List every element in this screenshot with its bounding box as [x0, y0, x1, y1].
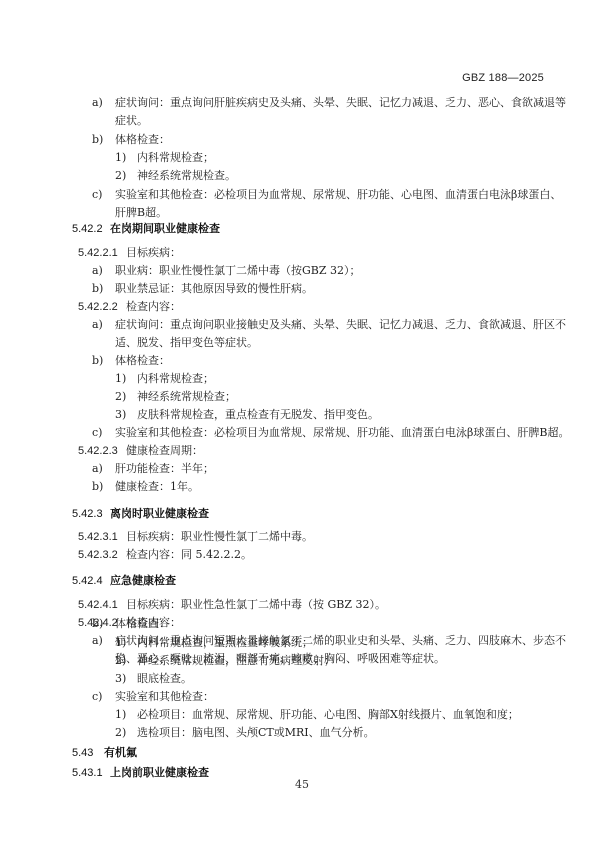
list-item-text: 职业病：职业性慢性氯丁二烯中毒（按GBZ 32）； — [115, 264, 361, 278]
list-item-text: 实验室和其他检查：必检项目为血常规、尿常规、肝功能、血清蛋白电泳β球蛋白、肝脾B… — [115, 426, 569, 440]
list-item-text: 体格检查： — [115, 354, 170, 368]
list-marker: c) — [92, 188, 102, 202]
section-heading: 5.42.3离岗时职业健康检查 — [72, 507, 209, 521]
list-item-text: 症状询问：重点询问肝脏疾病史及头痛、头晕、失眠、记忆力减退、乏力、恶心、食欲减退… — [115, 96, 566, 110]
subsection-number: 5.42.3.1 — [78, 530, 126, 544]
list-marker: 3) — [115, 672, 126, 686]
list-item-text: 选检项目：脑电图、头颅CT或MRI、血气分析。 — [137, 726, 375, 740]
list-item-text: 健康检查：1年。 — [115, 480, 199, 494]
list-marker: a) — [92, 318, 103, 332]
list-marker: 1) — [115, 372, 126, 386]
subsection-title: 检查内容： — [126, 300, 181, 313]
subsection-number: 5.42.2.1 — [78, 246, 126, 260]
list-item-text: 实验室和其他检查： — [115, 690, 214, 704]
subsection-heading: 5.42.3.1目标疾病：职业性慢性氯丁二烯中毒。 — [78, 530, 313, 544]
section-number: 5.42.4 — [72, 574, 110, 588]
document-id-header: GBZ 188—2025 — [462, 72, 544, 84]
section-title: 在岗期间职业健康检查 — [110, 223, 220, 235]
subsection-number: 5.42.2.3 — [78, 444, 126, 458]
section-title: 应急健康检查 — [110, 575, 176, 587]
subsection-title: 健康检查周期： — [126, 444, 203, 457]
subsection-heading: 5.42.2.2检查内容： — [78, 300, 181, 314]
section-heading: 5.42.4应急健康检查 — [72, 574, 176, 588]
list-item-text: 肝功能检查：半年； — [115, 462, 214, 476]
subsection-number: 5.42.3.2 — [78, 548, 126, 562]
section-heading: 5.43有机氟 — [72, 746, 137, 760]
subsection-title: 检查内容：同 5.42.2.2。 — [126, 548, 252, 561]
list-item-text: 体格检查： — [115, 617, 170, 631]
section-title: 有机氟 — [104, 747, 137, 759]
subsection-heading: 5.42.3.2检查内容：同 5.42.2.2。 — [78, 548, 252, 562]
list-marker: 1) — [115, 636, 126, 650]
list-item-text: 内科常规检查； — [137, 151, 214, 165]
list-item-text-cont: 肝脾B超。 — [115, 206, 167, 220]
subsection-heading: 5.42.4.1目标疾病：职业性急性氯丁二烯中毒（按 GBZ 32）。 — [78, 598, 386, 612]
list-item-text: 神经系统常规检查，注意有无病理反射； — [137, 654, 335, 668]
list-item-text: 实验室和其他检查：必检项目为血常规、尿常规、肝功能、心电图、血清蛋白电泳β球蛋白… — [115, 188, 561, 202]
list-item-text-cont: 症状。 — [115, 114, 148, 128]
subsection-title: 目标疾病：职业性急性氯丁二烯中毒（按 GBZ 32）。 — [126, 598, 386, 611]
list-marker: c) — [92, 426, 102, 440]
list-marker: c) — [92, 690, 102, 704]
subsection-number: 5.42.4.1 — [78, 598, 126, 612]
list-marker: a) — [92, 96, 103, 110]
list-marker: 1) — [115, 151, 126, 165]
section-number: 5.43 — [72, 746, 104, 760]
list-item-text: 眼底检查。 — [137, 672, 192, 686]
list-item-text: 体格检查： — [115, 133, 170, 147]
list-marker: 2) — [115, 390, 126, 404]
list-marker: 2) — [115, 169, 126, 183]
list-marker: 1) — [115, 708, 126, 722]
list-marker: a) — [92, 264, 103, 278]
list-marker: b) — [92, 133, 103, 147]
section-title: 离岗时职业健康检查 — [110, 508, 209, 520]
subsection-heading: 5.42.2.1目标疾病： — [78, 246, 181, 260]
list-item-text: 神经系统常规检查。 — [137, 169, 236, 183]
list-marker: 2) — [115, 726, 126, 740]
subsection-heading: 5.42.2.3健康检查周期： — [78, 444, 203, 458]
list-item-text: 必检项目：血常规、尿常规、肝功能、心电图、胸部X射线摄片、血氧饱和度； — [137, 708, 519, 722]
section-number: 5.42.3 — [72, 507, 110, 521]
list-marker: 3) — [115, 408, 126, 422]
list-marker: a) — [92, 462, 103, 476]
list-marker: b) — [92, 617, 103, 631]
list-item-text: 职业禁忌证：其他原因导致的慢性肝病。 — [115, 282, 313, 296]
document-page: GBZ 188—2025 a) 症状询问：重点询问肝脏疾病史及头痛、头晕、失眠、… — [0, 0, 600, 848]
list-marker: b) — [92, 480, 103, 494]
subsection-number: 5.42.2.2 — [78, 300, 126, 314]
section-number: 5.42.2 — [72, 222, 110, 236]
subsection-title: 目标疾病：职业性慢性氯丁二烯中毒。 — [126, 530, 313, 543]
list-marker: a) — [92, 634, 103, 648]
page-number: 45 — [0, 778, 600, 791]
list-item-text: 内科常规检查； — [137, 372, 214, 386]
section-heading: 5.42.2在岗期间职业健康检查 — [72, 222, 220, 236]
subsection-title: 目标疾病： — [126, 246, 181, 259]
list-marker: b) — [92, 354, 103, 368]
list-item-text-cont: 适、脱发、指甲变色等症状。 — [115, 336, 258, 350]
list-marker: b) — [92, 282, 103, 296]
list-marker: 2) — [115, 654, 126, 668]
list-item-text: 症状询问：重点询问职业接触史及头痛、头晕、失眠、记忆力减退、乏力、食欲减退、肝区… — [115, 318, 566, 332]
list-item-text: 皮肤科常规检查，重点检查有无脱发、指甲变色。 — [137, 408, 379, 422]
list-item-text: 内科常规检查，重点检查呼吸系统； — [137, 636, 313, 650]
list-item-text: 神经系统常规检查； — [137, 390, 236, 404]
